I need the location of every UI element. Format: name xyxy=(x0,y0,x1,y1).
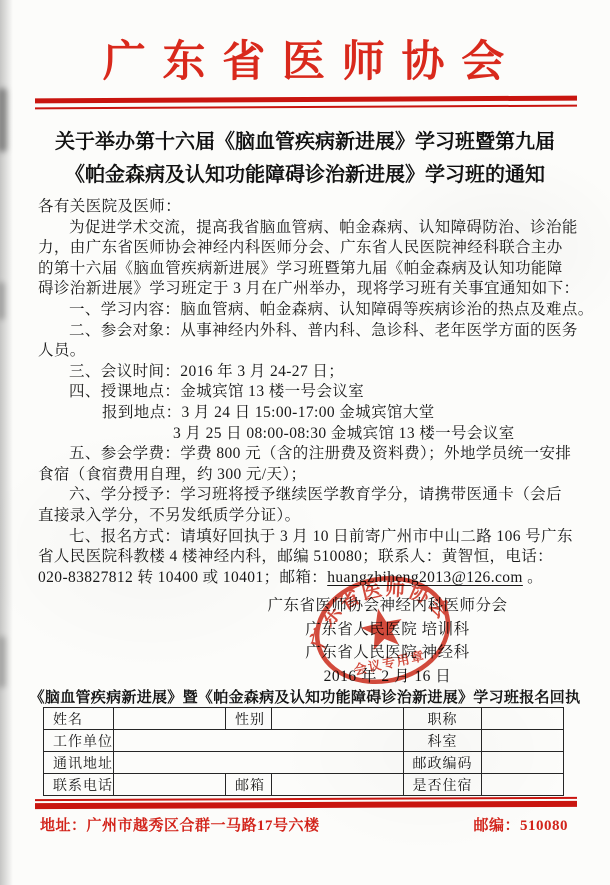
field-label-email: 邮箱 xyxy=(226,774,272,796)
body-line: 力，由广东省医师协会神经内科医师分会、广东省人民医院神经科联合主办 xyxy=(38,238,578,259)
footer-address: 地址：广州市越秀区合群一马路17号六楼 xyxy=(40,814,320,835)
notice-title-line1: 关于举办第十六届《脑血管疾病新进展》学习班暨第九届 xyxy=(20,126,590,159)
body-item-6: 六、学分授予：学习班将授予继续医学教育学分，请携带医通卡（会后 xyxy=(38,485,578,506)
scan-smudge xyxy=(0,88,7,152)
field-label-job-title: 职称 xyxy=(404,708,482,730)
signature-date: 2016 年 2 月 16 日 xyxy=(225,665,550,689)
body-line: 为促进学术交流，提高我省脑血管病、帕金森病、认知障碍防治、诊治能 xyxy=(38,218,578,239)
body-line: 碍诊治新进展》学习班定于 3 月在广州举办，现将学习班有关事宜通知如下： xyxy=(38,279,578,300)
field-blank-phone xyxy=(114,774,226,796)
scan-smudge xyxy=(0,282,5,320)
field-blank-name xyxy=(114,708,226,730)
body-line: 的第十六届《脑血管疾病新进展》学习班暨第九届《帕金森病及认知功能障 xyxy=(38,259,578,280)
body-line: 人员。 xyxy=(38,341,578,362)
body-item-2: 二、参会对象：从事神经内外科、普内科、急诊科、老年医学方面的医务 xyxy=(38,321,578,342)
body-item-3: 三、会议时间：2016 年 3 月 24-27 日； xyxy=(38,362,578,383)
contact-suffix: 。 xyxy=(523,569,543,586)
field-label-mail-address: 通讯地址 xyxy=(44,752,114,774)
scan-edge-shadow xyxy=(0,0,13,885)
contact-email: huangzhiheng2013@126.com xyxy=(327,569,523,586)
signature-org-2: 广东省人民医院 培训科 xyxy=(225,618,550,642)
letterhead-rule-thick xyxy=(35,96,577,104)
body-salutation: 各有关医院及医师： xyxy=(38,197,578,218)
body-line: 食宿（食宿费用自理，约 300 元/天）； xyxy=(38,465,578,486)
body-item-5: 五、参会学费：学费 800 元（含的注册费及资料费）；外地学员统一安排 xyxy=(38,444,578,465)
body-line: 3 月 25 日 08:00-08:30 金城宾馆 13 楼一号会议室 xyxy=(38,424,578,445)
reply-form-title: 《脑血管疾病新进展》暨《帕金森病及认知功能障碍诊治新进展》学习班报名回执 xyxy=(10,686,600,707)
body-contact-line: 020-83827812 转 10400 或 10401；邮箱：huangzhi… xyxy=(38,568,578,589)
body-line: 直接录入学分，不另发纸质学分证）。 xyxy=(38,506,578,527)
field-blank-mail-address xyxy=(114,752,404,774)
reply-form-table: 姓名 性别 职称 工作单位 科室 通讯地址 邮政编码 联系电话 邮箱 是否住宿 xyxy=(43,707,564,796)
field-label-postal-code: 邮政编码 xyxy=(404,752,482,774)
table-row: 通讯地址 邮政编码 xyxy=(44,752,564,774)
body-item-1: 一、学习内容：脑血管病、帕金森病、认知障碍等疾病诊治的热点及难点。 xyxy=(38,300,578,321)
field-label-phone: 联系电话 xyxy=(44,774,114,796)
field-blank-lodging xyxy=(482,774,564,796)
body-line: 省人民医院科教楼 4 楼神经内科，邮编 510080；联系人：黄智恒，电话： xyxy=(38,547,578,568)
scan-smudge xyxy=(0,636,6,688)
field-blank-job-title xyxy=(482,708,564,730)
table-row: 联系电话 邮箱 是否住宿 xyxy=(44,774,564,796)
notice-title: 关于举办第十六届《脑血管疾病新进展》学习班暨第九届 《帕金森病及认知功能障碍诊治… xyxy=(20,126,590,192)
notice-body: 各有关医院及医师： 为促进学术交流，提高我省脑血管病、帕金森病、认知障碍防治、诊… xyxy=(38,197,578,588)
footer-postcode: 邮编：510080 xyxy=(473,814,568,835)
field-label-work-unit: 工作单位 xyxy=(44,730,114,752)
field-blank-postal-code xyxy=(482,752,564,774)
signature-block: 广东省医师协会神经内科医师分会 广东省人民医院 培训科 广东省人民医院 神经科 … xyxy=(225,594,550,688)
letterhead-rule-thin xyxy=(35,105,577,110)
table-row: 工作单位 科室 xyxy=(44,730,564,752)
body-item-7: 七、报名方式：请填好回执于 3 月 10 日前寄广州市中山二路 106 号广东 xyxy=(38,527,578,548)
letterhead-org-name: 广 东 省 医 师 协 会 xyxy=(0,28,610,89)
footer-rule-thick xyxy=(35,801,577,809)
notice-title-line2: 《帕金森病及认知功能障碍诊治新进展》学习班的通知 xyxy=(20,159,590,192)
field-label-gender: 性别 xyxy=(226,708,272,730)
field-blank-email xyxy=(272,774,404,796)
field-label-lodging: 是否住宿 xyxy=(404,774,482,796)
field-blank-department xyxy=(482,730,564,752)
field-blank-gender xyxy=(272,708,404,730)
body-item-4: 四、授课地点：金城宾馆 13 楼一号会议室 xyxy=(38,382,578,403)
field-label-department: 科室 xyxy=(404,730,482,752)
field-blank-work-unit xyxy=(114,730,404,752)
table-row: 姓名 性别 职称 xyxy=(44,708,564,730)
scanned-notice-page: 广 东 省 医 师 协 会 关于举办第十六届《脑血管疾病新进展》学习班暨第九届 … xyxy=(0,0,610,885)
body-line: 报到地点：3 月 24 日 15:00-17:00 金城宾馆大堂 xyxy=(38,403,578,424)
field-label-name: 姓名 xyxy=(44,708,114,730)
signature-org-1: 广东省医师协会神经内科医师分会 xyxy=(225,594,550,618)
signature-org-3: 广东省人民医院 神经科 xyxy=(225,641,550,665)
contact-prefix: 020-83827812 转 10400 或 10401；邮箱： xyxy=(38,569,327,586)
